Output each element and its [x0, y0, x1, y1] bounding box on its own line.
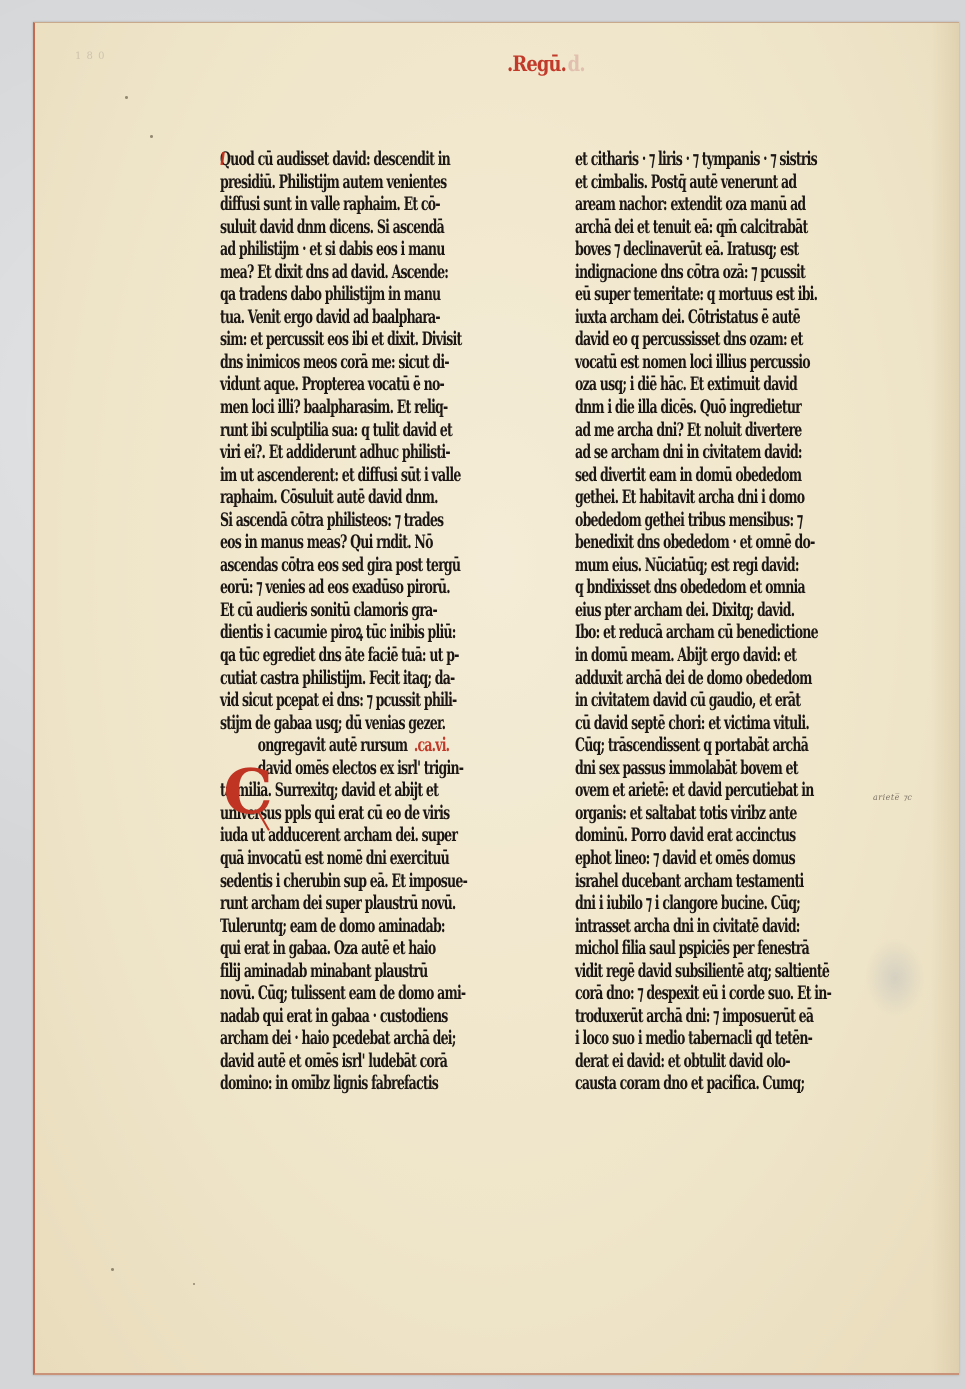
text-line: eos in manus meas? Qui rndit. Nō [220, 531, 520, 554]
text-line: in domū meam. Abijt ergo david: et [575, 644, 875, 667]
foxing-speck [125, 96, 128, 99]
text-line: israhel ducebant archam testamenti [575, 870, 875, 893]
text-line: Ibo: et reducā archam cū benedictione [575, 621, 875, 644]
running-head-text: .Regū. [507, 51, 566, 76]
text-line: et citharis · ⁊ liris · ⁊ tympanis · ⁊ s… [575, 148, 875, 171]
text-line: obededom gethei tribus mensibus: ⁊ [575, 509, 875, 532]
text-line: Cūq; trāscendissent q portabāt archā [575, 734, 875, 757]
text-line: eū super temeritate: q mortuus est ibi. [575, 283, 875, 306]
foxing-speck [193, 1283, 195, 1285]
text-line: novū. Cūq; tulissent eam de domo ami- [220, 982, 520, 1005]
text-line: causta coram dno et pacifica. Cumq; [575, 1072, 875, 1095]
text-line: filij aminadab minabant plaustrū [220, 960, 520, 983]
text-line: sed divertit eam in domū obededom [575, 464, 875, 487]
text-line: iuxta archam dei. Cōtristatus ē autē [575, 306, 875, 329]
text-line: gethei. Et habitavit archa dni i domo [575, 486, 875, 509]
text-line: qa tūc egrediet dns āte faciē tuā: ut p- [220, 644, 520, 667]
text-line: david autē et omēs isrl' ludebāt corā [220, 1050, 520, 1073]
text-line: vid sicut pcepat ei dns: ⁊ pcussit phili… [220, 689, 520, 712]
text-line: ephot lineo: ⁊ david et omēs domus [575, 847, 875, 870]
text-line: presidiū. Philistijm autem venientes [220, 171, 520, 194]
text-line: vidit regē david subsilientē atq; saltie… [575, 960, 875, 983]
text-line: im ut ascenderent: et diffusi sūt i vall… [220, 464, 520, 487]
text-line: raphaim. Cōsuluit autē david dnm. [220, 486, 520, 509]
text-line: derat ei david: et obtulit david olo- [575, 1050, 875, 1073]
text-line: michol filia saul pspiciēs per fenestrā [575, 937, 875, 960]
text-line: indignacione dns cōtra ozā: ⁊ pcussit [575, 261, 875, 284]
text-line: ascendas cōtra eos sed gira post tergū [220, 554, 520, 577]
running-head: .Regū.d. [507, 51, 585, 76]
text-line: in civitatem david cū gaudio, et erāt [575, 689, 875, 712]
text-line: mea? Et dixit dns ad david. Ascende: [220, 261, 520, 284]
text-line: benedixit dns obededom · et omnē do- [575, 531, 875, 554]
text-line: dnm i die illa dicēs. Quō ingredietur [575, 396, 875, 419]
text-line: oza usq; i diē hāc. Et extimuit david [575, 373, 875, 396]
text-line: et cimbalis. Postq̄ autē venerunt ad [575, 171, 875, 194]
ink-showthrough-stain [865, 938, 925, 1018]
running-head-showthrough: d. [568, 51, 585, 76]
manuscript-page: 1 8 0 .Regū.d. Quod cū audisset david: d… [33, 22, 959, 1375]
text-line: adduxit archā dei de domo obededom [575, 667, 875, 690]
text-line: mum eius. Nūciatūq; est regi david: [575, 554, 875, 577]
text-line: Tuleruntq; eam de domo aminadab: [220, 915, 520, 938]
text-line: eius pter archam dei. Dixitq; david. [575, 599, 875, 622]
text-line: cutiat castra philistijm. Fecit itaq; da… [220, 667, 520, 690]
text-line: dni i iubilo ⁊ i clangore bucine. Cūq; [575, 892, 875, 915]
text-line: archā dei et tenuit eā: qm̄ calcitrabāt [575, 216, 875, 239]
drop-cap-initial: C [222, 765, 274, 819]
left-column: Quod cū audisset david: descendit in pre… [220, 148, 520, 1095]
text-line: qui erat in gabaa. Oza autē et haio [220, 937, 520, 960]
text-line: men loci illi? baalpharasim. Et reliq- [220, 396, 520, 419]
text-line: cū david septē chori: et victima vituli. [575, 712, 875, 735]
text-line: dns inimicos meos corā me: sicut di- [220, 351, 520, 374]
foxing-speck [111, 1268, 114, 1271]
text-line: aream nachor: extendit oza manū ad [575, 193, 875, 216]
text-line: sedentis i cherubin sup eā. Et imposue- [220, 870, 520, 893]
text-line: corā dno: ⁊ despexit eū i corde suo. Et … [575, 982, 875, 1005]
text-line: dientis i cacumie piroꝝ tūc inibis pliū: [220, 621, 520, 644]
text-line: runt ibi sculptilia sua: q tulit david e… [220, 419, 520, 442]
text-line: vidunt aque. Propterea vocatū ē no- [220, 373, 520, 396]
text-line: troduxerūt archā dni: ⁊ imposuerūt eā [575, 1005, 875, 1028]
text-line: ad philistijm · et si dabis eos i manu [220, 238, 520, 261]
text-line: suluit david dnm dicens. Si ascendā [220, 216, 520, 239]
text-line: tua. Venit ergo david ad baalphara- [220, 306, 520, 329]
text-line: domino: in omībz lignis fabrefactis [220, 1072, 520, 1095]
text-line: david eo q percussisset dns ozam: et [575, 328, 875, 351]
text-line: ad me archa dni? Et noluit divertere [575, 419, 875, 442]
text-line: dni sex passus immolabāt bovem et [575, 757, 875, 780]
text-line: ad se archam dni in civitatem david: [575, 441, 875, 464]
text-line: eorū: ⁊ venies ad eos exadūso pirorū. [220, 576, 520, 599]
text-line: nadab qui erat in gabaa · custodiens [220, 1005, 520, 1028]
text-line: organis: et saltabat totis viribz ante [575, 802, 875, 825]
text-line: diffusi sunt in valle raphaim. Et cō- [220, 193, 520, 216]
text-line: boves ⁊ declinaverūt eā. Iratusq; est [575, 238, 875, 261]
text-line: qa tradens dabo philistijm in manu [220, 283, 520, 306]
text-line: dominū. Porro david erat accinctus [575, 824, 875, 847]
marginal-annotation: ariete̅ ⁊c [873, 793, 912, 802]
ghost-folio-number: 1 8 0 [75, 51, 105, 62]
text-line: intrasset archa dni in civitatē david: [575, 915, 875, 938]
text-line: Quod cū audisset david: descendit in [220, 148, 520, 171]
right-column: et citharis · ⁊ liris · ⁊ tympanis · ⁊ s… [575, 148, 875, 1095]
text-line: q bndixisset dns obededom et omnia [575, 576, 875, 599]
text-line: ovem et arietē: et david percutiebat in [575, 779, 875, 802]
text-line: runt archam dei super plaustrū novū. [220, 892, 520, 915]
text-line: vocatū est nomen loci illius percussio [575, 351, 875, 374]
text-line: i loco suo i medio tabernacli qd tetēn- [575, 1027, 875, 1050]
text-line: Si ascendā cōtra philisteos: ⁊ trades [220, 509, 520, 532]
text-line: stijm de gabaa usq; dū venias gezer. [220, 712, 520, 735]
text-line: Et cū audieris sonitū clamoris gra- [220, 599, 520, 622]
text-line: quā invocatū est nomē dni exercituū [220, 847, 520, 870]
text-line: viri ei?. Et addiderunt adhuc philisti- [220, 441, 520, 464]
chapter-marker: .ca.vi. [414, 734, 449, 756]
chapter-first-line: ongregavit autē rursum.ca.vi. [220, 734, 558, 757]
text-line: archam dei · haio pcedebat archā dei; [220, 1027, 520, 1050]
foxing-speck [150, 135, 153, 138]
text-line: sim: et percussit eos ibi et dixit. Divi… [220, 328, 520, 351]
